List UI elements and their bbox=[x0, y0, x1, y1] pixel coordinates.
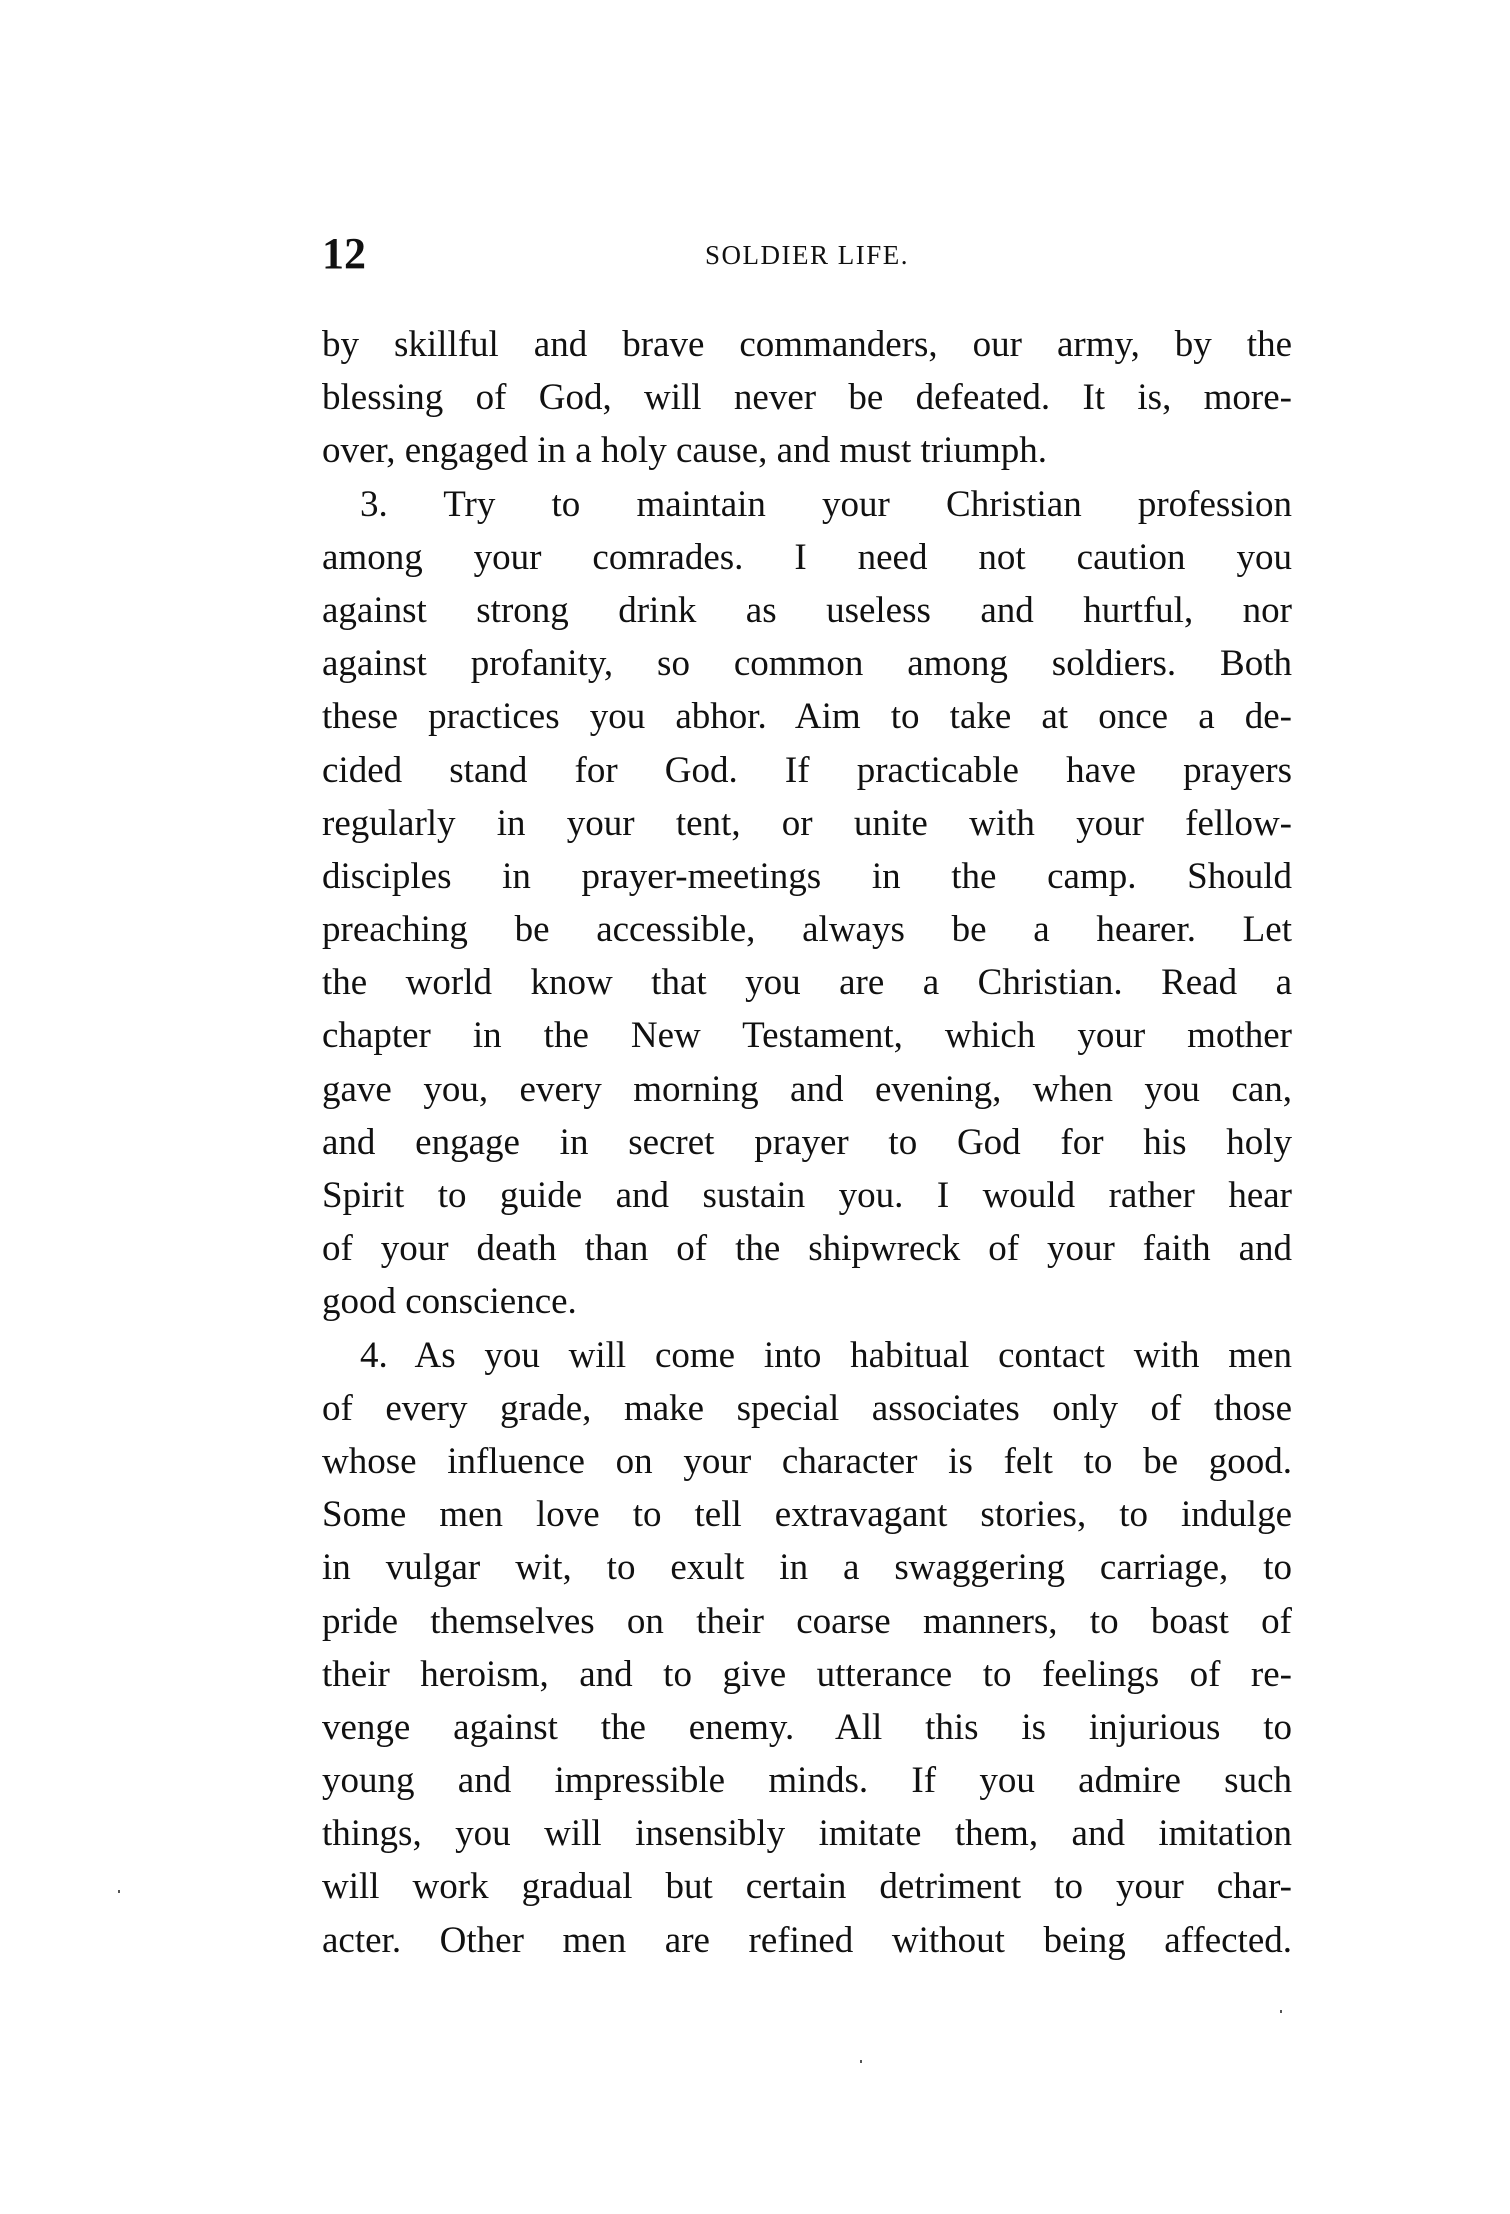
text-line: blessing of God, will never be defeated.… bbox=[322, 371, 1292, 424]
text-line: good conscience. bbox=[322, 1275, 1292, 1328]
page-body-text: by skillful and brave commanders, our ar… bbox=[322, 318, 1292, 1967]
text-line: against profanity, so common among soldi… bbox=[322, 637, 1292, 690]
text-line: venge against the enemy. All this is inj… bbox=[322, 1701, 1292, 1754]
text-line: regularly in your tent, or unite with yo… bbox=[322, 797, 1292, 850]
text-line: chapter in the New Testament, which your… bbox=[322, 1009, 1292, 1062]
text-line: their heroism, and to give utterance to … bbox=[322, 1648, 1292, 1701]
text-line: things, you will insensibly imitate them… bbox=[322, 1807, 1292, 1860]
text-line: 4. As you will come into habitual contac… bbox=[322, 1329, 1292, 1382]
text-line: among your comrades. I need not caution … bbox=[322, 531, 1292, 584]
text-line: in vulgar wit, to exult in a swaggering … bbox=[322, 1541, 1292, 1594]
text-line: against strong drink as useless and hurt… bbox=[322, 584, 1292, 637]
text-line: Spirit to guide and sustain you. I would… bbox=[322, 1169, 1292, 1222]
text-line: of every grade, make special associates … bbox=[322, 1382, 1292, 1435]
text-line: cided stand for God. If practicable have… bbox=[322, 744, 1292, 797]
text-line: Some men love to tell extravagant storie… bbox=[322, 1488, 1292, 1541]
text-line: the world know that you are a Christian.… bbox=[322, 956, 1292, 1009]
text-line: over, engaged in a holy cause, and must … bbox=[322, 424, 1292, 477]
page-header: 12 SOLDIER LIFE. bbox=[322, 228, 1292, 278]
text-line: acter. Other men are refined without bei… bbox=[322, 1914, 1292, 1967]
text-line: young and impressible minds. If you admi… bbox=[322, 1754, 1292, 1807]
book-page: 12 SOLDIER LIFE. by skillful and brave c… bbox=[0, 0, 1510, 2214]
running-title: SOLDIER LIFE. bbox=[322, 240, 1292, 271]
scan-speck bbox=[118, 1890, 120, 1893]
text-line: gave you, every morning and evening, whe… bbox=[322, 1063, 1292, 1116]
scan-speck bbox=[860, 2060, 862, 2063]
text-line: of your death than of the shipwreck of y… bbox=[322, 1222, 1292, 1275]
text-line: disciples in prayer-meetings in the camp… bbox=[322, 850, 1292, 903]
text-line: whose influence on your character is fel… bbox=[322, 1435, 1292, 1488]
text-line: 3. Try to maintain your Christian profes… bbox=[322, 478, 1292, 531]
scan-speck bbox=[1280, 2010, 1282, 2013]
text-line: these practices you abhor. Aim to take a… bbox=[322, 690, 1292, 743]
text-line: by skillful and brave commanders, our ar… bbox=[322, 318, 1292, 371]
text-line: pride themselves on their coarse manners… bbox=[322, 1595, 1292, 1648]
text-line: will work gradual but certain detriment … bbox=[322, 1860, 1292, 1913]
text-line: and engage in secret prayer to God for h… bbox=[322, 1116, 1292, 1169]
text-line: preaching be accessible, always be a hea… bbox=[322, 903, 1292, 956]
